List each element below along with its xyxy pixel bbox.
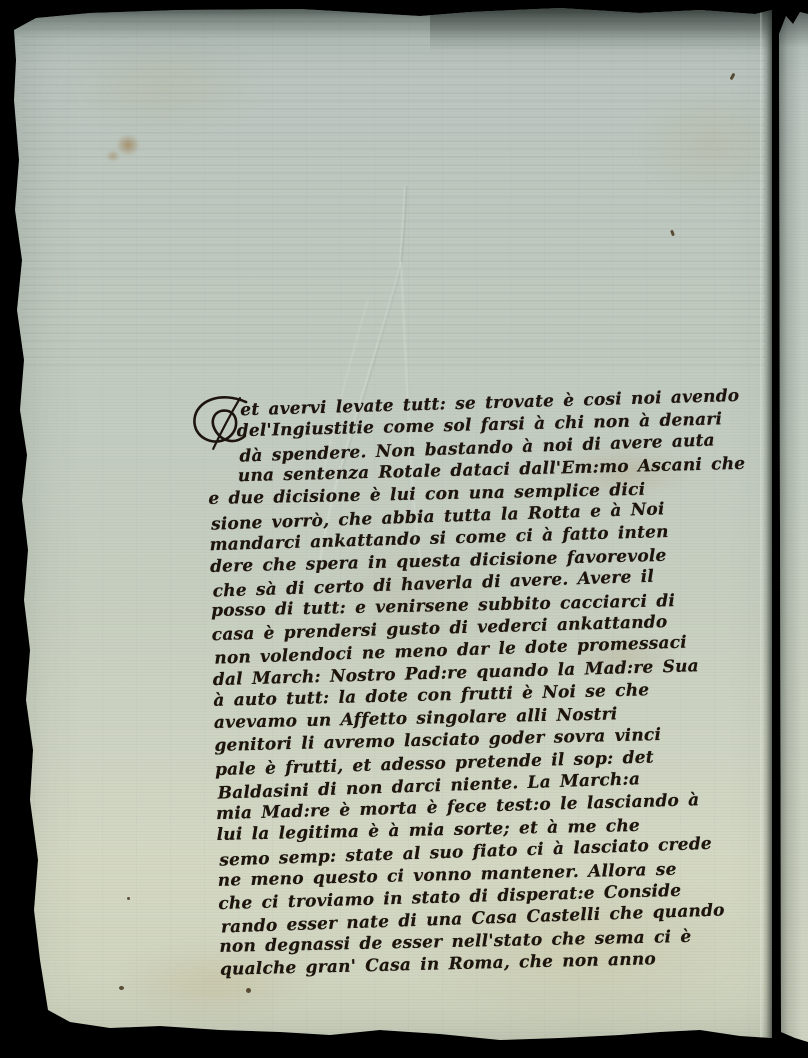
adjacent-page-top-grime [776,8,808,48]
letter-lines: et avervi levate tutt: se trovate è cosi… [206,385,798,982]
handwritten-letter-text: et avervi levate tutt: se trovate è cosi… [206,385,798,982]
paper-sheet: et avervi levate tutt: se trovate è cosi… [0,0,808,1058]
manuscript-letter-photo: et avervi levate tutt: se trovate è cosi… [0,0,808,1058]
